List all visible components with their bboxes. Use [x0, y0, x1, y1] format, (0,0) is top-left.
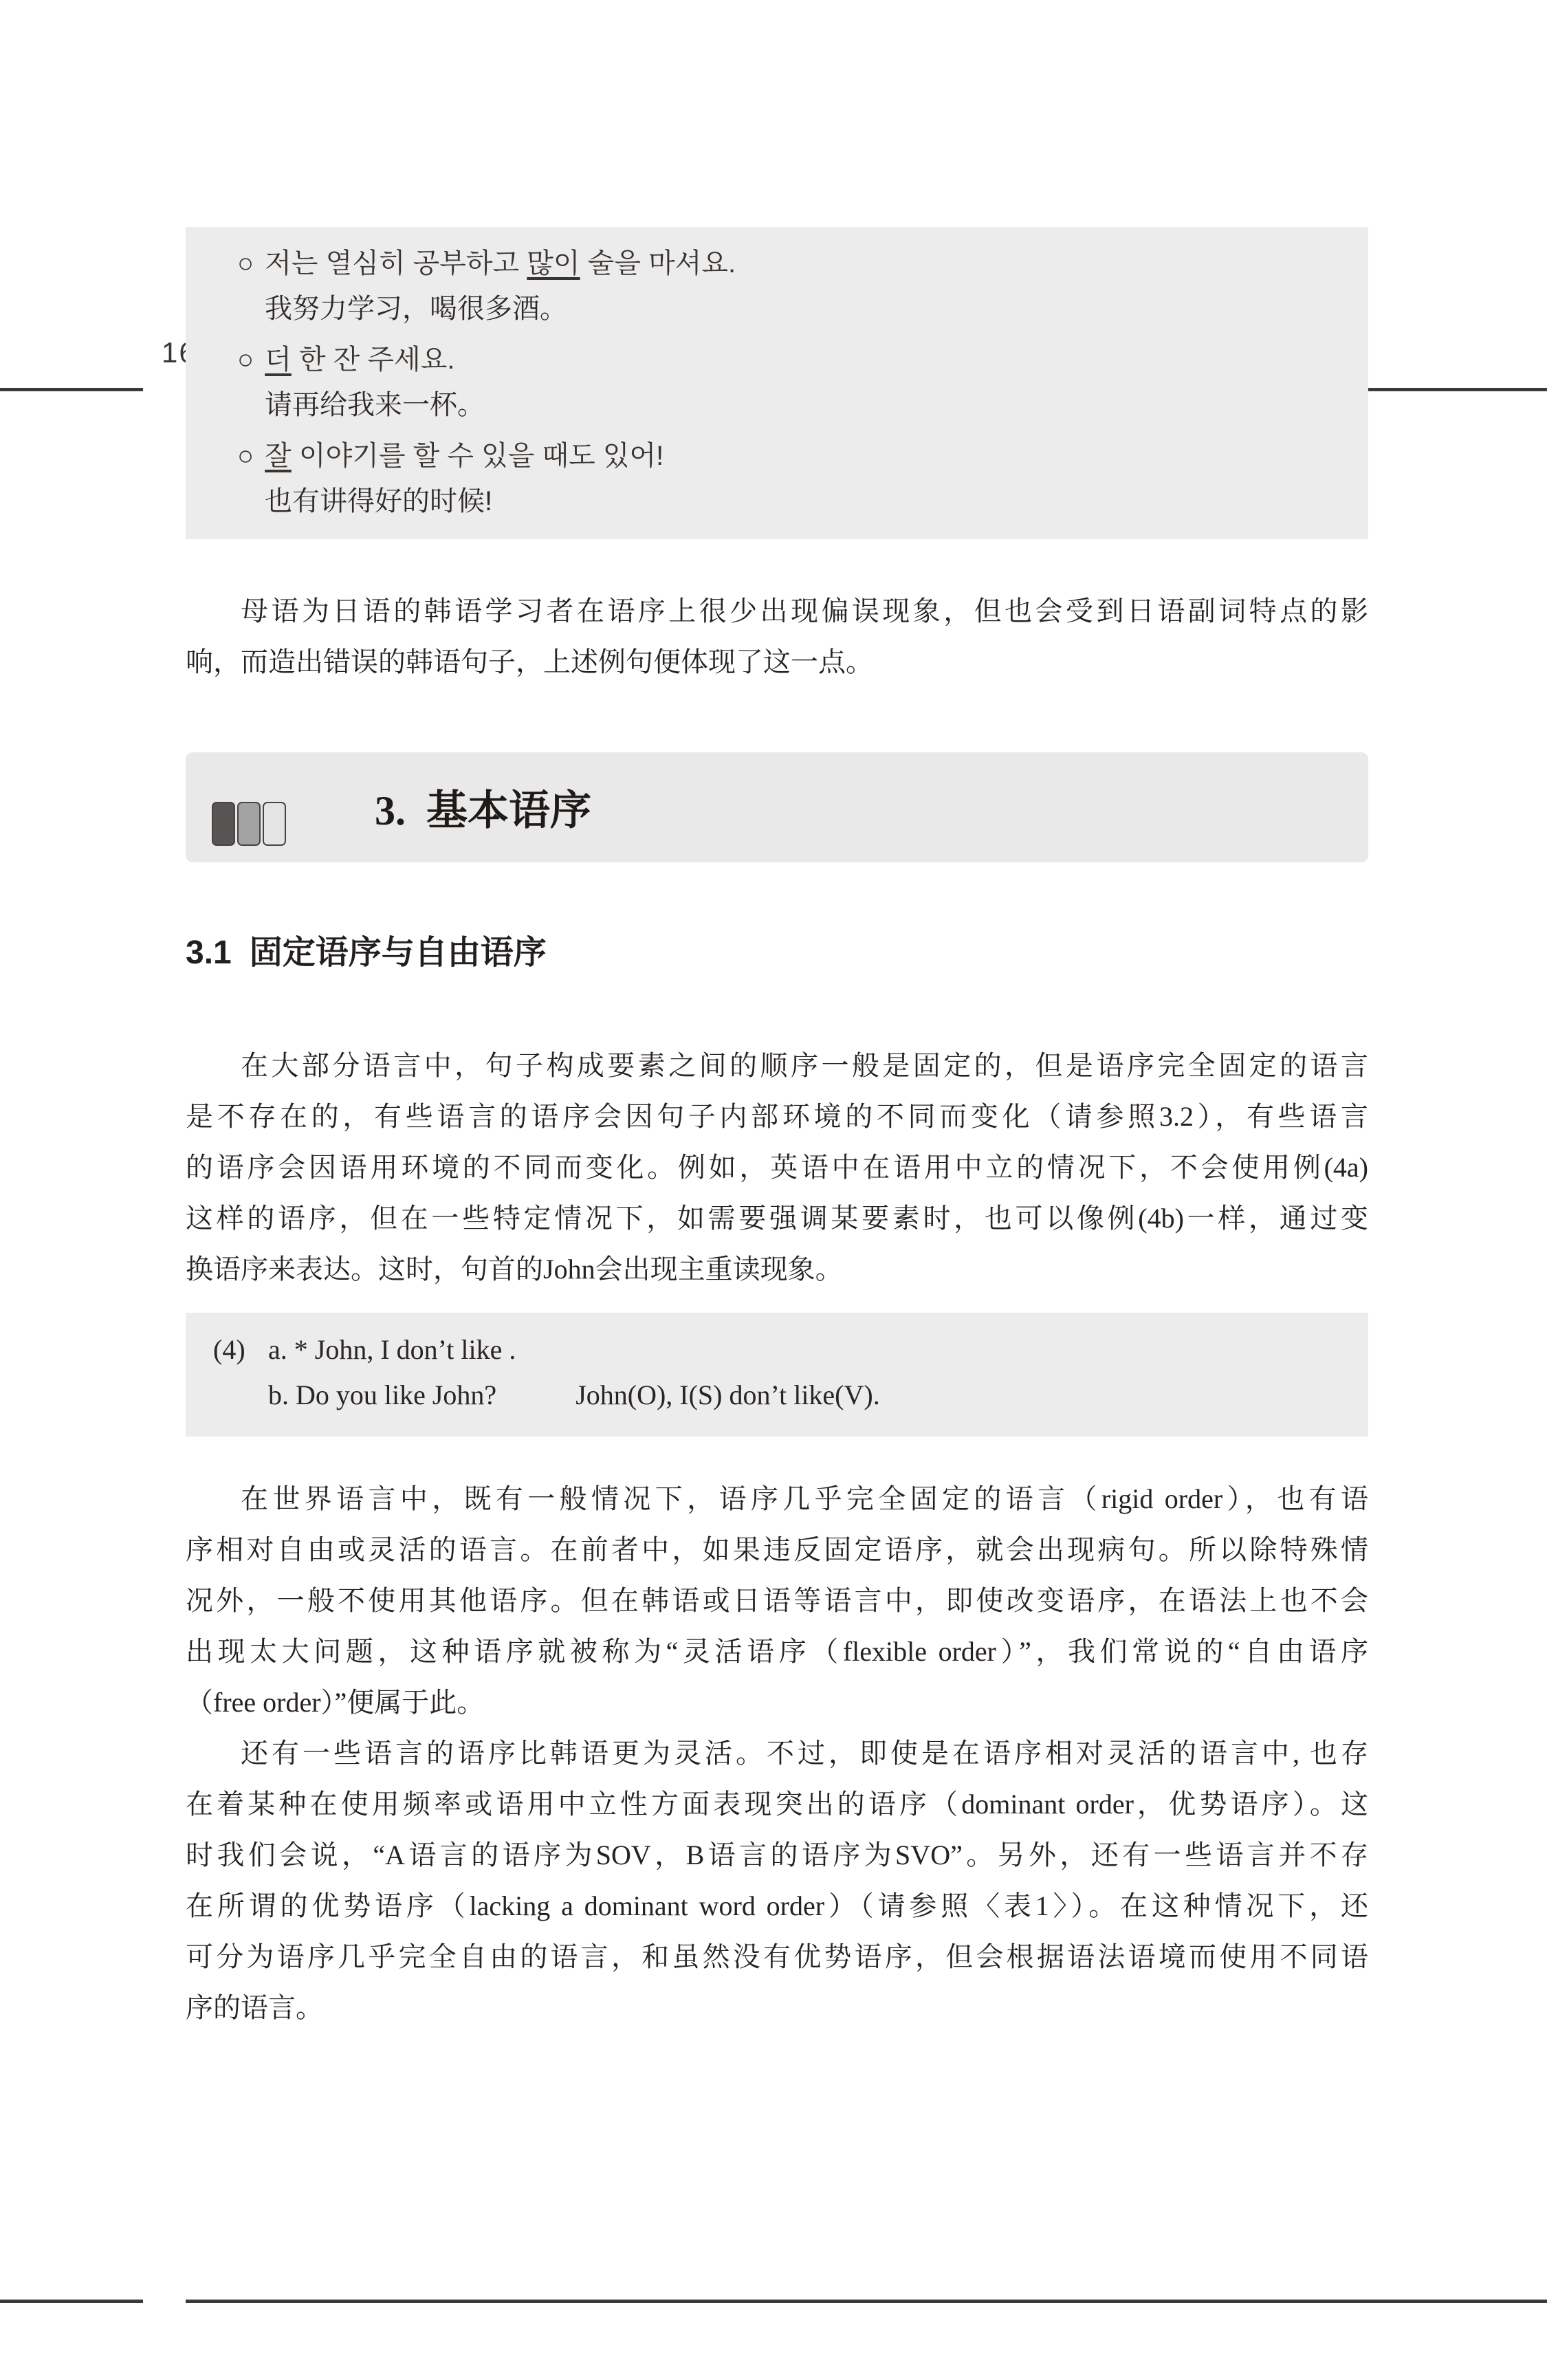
section-heading-bar: 3. 基本语序	[186, 752, 1368, 862]
korean-text: 술을 마셔요.	[580, 248, 736, 279]
circle-bullet: ○	[237, 248, 254, 279]
example-4-line-a: (4) a. * John, I don’t like .	[213, 1333, 1368, 1366]
paragraph-line: 时我们会说，“A语言的语序为SOV，B语言的语序为SVO”。另外，还有一些语言并…	[186, 1830, 1368, 1881]
paragraph-line: 在所谓的优势语序（lacking a dominant word order）（…	[186, 1881, 1368, 1932]
korean-underlined-word: 많이	[527, 248, 580, 279]
paragraph-line: 序相对自由或灵活的语言。在前者中，如果违反固定语序，就会出现病句。所以除特殊情	[186, 1525, 1368, 1575]
example-4-box: (4) a. * John, I don’t like . b. Do you …	[186, 1313, 1368, 1437]
korean-example-box: ○저는 열심히 공부하고 많이 술을 마셔요. 我努力学习，喝很多酒。 ○더 한…	[186, 227, 1368, 539]
section-title: 3. 基本语序	[375, 778, 591, 837]
korean-text: 이야기를 할 수 있을 때도 있어!	[292, 441, 663, 471]
korean-underlined-word: 더	[265, 345, 292, 375]
korean-sentence: ○더 한 잔 주세요.	[237, 344, 1327, 375]
section-marker-icon	[212, 802, 286, 846]
korean-text: 저는 열심히 공부하고	[265, 248, 527, 279]
paragraph-line: 在着某种在使用频率或语用中立性方面表现突出的语序（dominant order，…	[186, 1779, 1368, 1830]
marker-square-mid	[237, 802, 261, 846]
example-item: ○저는 열심히 공부하고 많이 술을 마셔요. 我努力学习，喝很多酒。	[237, 248, 1327, 325]
paragraph: 在世界语言中，既有一般情况下，语序几乎完全固定的语言（rigid order），…	[186, 1474, 1368, 1728]
subsection-title: 3.1 固定语序与自由语序	[186, 926, 1368, 973]
korean-sentence: ○저는 열심히 공부하고 많이 술을 마셔요.	[237, 248, 1327, 279]
chinese-translation: 我努力学习，喝很多酒。	[265, 293, 1327, 325]
circle-bullet: ○	[237, 345, 254, 375]
example-item: ○잘 이야기를 할 수 있을 때도 있어! 也有讲得好的时候!	[237, 440, 1327, 517]
paragraph-line: 响，而造出错误的韩语句子，上述例句便体现了这一点。	[186, 637, 1368, 688]
subsection-number: 3.1	[186, 934, 232, 972]
section-number: 3.	[375, 787, 406, 835]
footer-rule-left-segment	[0, 2300, 143, 2303]
chinese-translation: 请再给我来一杯。	[265, 389, 1327, 421]
subsection-title-text: 固定语序与自由语序	[250, 926, 547, 973]
paragraph-line: （free order）”便属于此。	[186, 1677, 1368, 1728]
footer-rule-gap	[143, 2300, 186, 2303]
paragraph-line: 是不存在的，有些语言的语序会因句子内部环境的不同而变化（请参照3.2），有些语言	[186, 1091, 1368, 1142]
paragraph-line: 的语序会因语用环境的不同而变化。例如，英语中在语用中立的情况下，不会使用例(4a…	[186, 1142, 1368, 1193]
section-title-text: 基本语序	[426, 778, 591, 837]
korean-underlined-word: 잘	[265, 441, 292, 471]
chinese-translation: 也有讲得好的时候!	[265, 485, 1327, 517]
paragraph: 在大部分语言中，句子构成要素之间的顺序一般是固定的，但是语序完全固定的语言是不存…	[186, 1040, 1368, 1295]
paragraph-line: 母语为日语的韩语学习者在语序上很少出现偏误现象，但也会受到日语副词特点的影	[186, 586, 1368, 637]
example-4-label: (4)	[213, 1333, 268, 1366]
paragraph-line: 序的语言。	[186, 1983, 1368, 2033]
paragraph: 还有一些语言的语序比韩语更为灵活。不过，即使是在语序相对灵活的语言中, 也存在着…	[186, 1728, 1368, 2033]
paragraph-line: 换语序来表达。这时，句首的John会出现主重读现象。	[186, 1244, 1368, 1295]
paragraph-line: 还有一些语言的语序比韩语更为灵活。不过，即使是在语序相对灵活的语言中, 也存	[186, 1728, 1368, 1779]
footer-rule	[0, 2300, 1547, 2303]
paragraph-line: 这样的语序，但在一些特定情况下，如需要强调某要素时，也可以像例(4b)一样，通过…	[186, 1193, 1368, 1244]
korean-text: 한 잔 주세요.	[292, 345, 455, 375]
example-item: ○더 한 잔 주세요. 请再给我来一杯。	[237, 344, 1327, 421]
paragraph-line: 在大部分语言中，句子构成要素之间的顺序一般是固定的，但是语序完全固定的语言	[186, 1040, 1368, 1091]
marker-square-dark	[212, 802, 235, 846]
footer-rule-main-segment	[186, 2300, 1547, 2303]
paragraph-line: 况外，一般不使用其他语序。但在韩语或日语等语言中，即使改变语序，在语法上也不会	[186, 1575, 1368, 1626]
paragraph-line: 出现太大问题，这种语序就被称为“灵活语序（flexible order）”，我们…	[186, 1626, 1368, 1677]
paragraph: 母语为日语的韩语学习者在语序上很少出现偏误现象，但也会受到日语副词特点的影响，而…	[186, 586, 1368, 688]
korean-sentence: ○잘 이야기를 할 수 있을 때도 있어!	[237, 440, 1327, 472]
circle-bullet: ○	[237, 441, 254, 471]
example-4-sentence-b-answer: John(O), I(S) don’t like(V).	[575, 1379, 880, 1412]
example-4-sentence-a: a. * John, I don’t like .	[268, 1333, 516, 1366]
example-4-line-b: b. Do you like John? John(O), I(S) don’t…	[268, 1379, 1368, 1412]
page-content: ○저는 열심히 공부하고 많이 술을 마셔요. 我努力学习，喝很多酒。 ○더 한…	[0, 227, 1547, 2033]
paragraph-line: 在世界语言中，既有一般情况下，语序几乎完全固定的语言（rigid order），…	[186, 1474, 1368, 1525]
example-4-sentence-b: b. Do you like John?	[268, 1379, 496, 1412]
paragraph-line: 可分为语序几乎完全自由的语言，和虽然没有优势语序，但会根据语法语境而使用不同语	[186, 1932, 1368, 1983]
marker-square-light	[263, 802, 286, 846]
